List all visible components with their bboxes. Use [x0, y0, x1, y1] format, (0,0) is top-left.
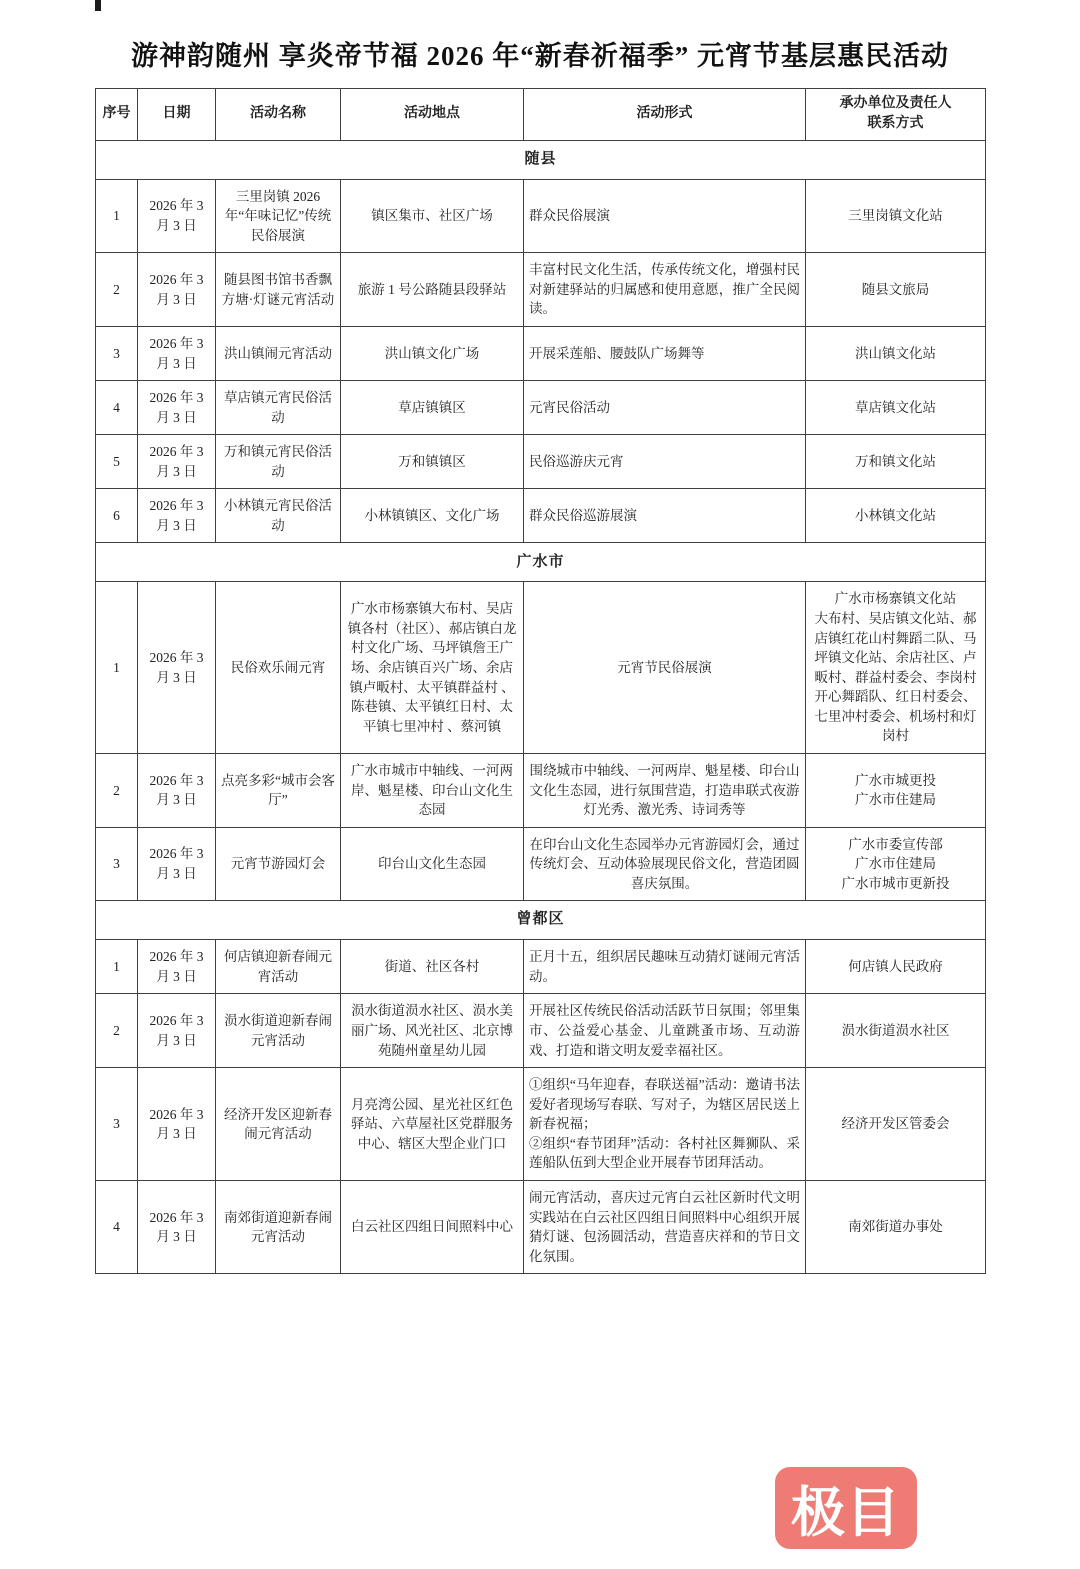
activity-name-cell: 涢水街道迎新春闹元宵活动	[216, 994, 341, 1068]
row-index-cell: 1	[96, 940, 138, 994]
date-cell: 2026 年 3 月 3 日	[138, 994, 216, 1068]
organizer-cell: 随县文旅局	[806, 253, 986, 327]
activity-form-cell: 开展社区传统民俗活动活跃节日氛围；邻里集市、公益爱心基金、儿童跳蚤市场、互动游戏…	[524, 994, 806, 1068]
organizer-cell: 广水市杨寨镇文化站 大布村、吴店镇文化站、郝店镇红花山村舞蹈二队、马坪镇文化站、…	[806, 582, 986, 754]
activity-form-cell: 丰富村民文化生活，传承传统文化，增强村民对新建驿站的归属感和使用意愿，推广全民阅…	[524, 253, 806, 327]
location-cell: 白云社区四组日间照料中心	[341, 1180, 524, 1273]
activity-form-cell: 群众民俗展演	[524, 179, 806, 253]
section-row: 曾都区	[96, 901, 986, 940]
document-page: 游神韵随州 享炎帝节福 2026 年“新春祈福季” 元宵节基层惠民活动 序号 日…	[0, 0, 1080, 1569]
row-index-cell: 1	[96, 179, 138, 253]
activity-name-cell: 南郊街道迎新春闹元宵活动	[216, 1180, 341, 1273]
location-cell: 印台山文化生态园	[341, 827, 524, 901]
date-cell: 2026 年 3 月 3 日	[138, 1068, 216, 1181]
date-cell: 2026 年 3 月 3 日	[138, 582, 216, 754]
activity-form-cell: 民俗巡游庆元宵	[524, 435, 806, 489]
activity-name-cell: 草店镇元宵民俗活动	[216, 381, 341, 435]
table-row: 42026 年 3 月 3 日南郊街道迎新春闹元宵活动白云社区四组日间照料中心闹…	[96, 1180, 986, 1273]
activity-form-cell: 元宵节民俗展演	[524, 582, 806, 754]
activities-table: 序号 日期 活动名称 活动地点 活动形式 承办单位及责任人 联系方式 随县120…	[95, 88, 986, 1274]
activity-name-cell: 三里岗镇 2026 年“年味记忆”传统民俗展演	[216, 179, 341, 253]
activity-name-cell: 随县图书馆书香飘方塘·灯谜元宵活动	[216, 253, 341, 327]
location-cell: 小林镇镇区、文化广场	[341, 489, 524, 543]
activity-form-cell: 群众民俗巡游展演	[524, 489, 806, 543]
row-index-cell: 6	[96, 489, 138, 543]
row-index-cell: 3	[96, 326, 138, 380]
activity-form-cell: 元宵民俗活动	[524, 381, 806, 435]
table-row: 12026 年 3 月 3 日何店镇迎新春闹元宵活动街道、社区各村正月十五，组织…	[96, 940, 986, 994]
location-cell: 草店镇镇区	[341, 381, 524, 435]
location-cell: 镇区集市、社区广场	[341, 179, 524, 253]
table-row: 42026 年 3 月 3 日草店镇元宵民俗活动草店镇镇区元宵民俗活动草店镇文化…	[96, 381, 986, 435]
activity-name-cell: 小林镇元宵民俗活动	[216, 489, 341, 543]
organizer-cell: 洪山镇文化站	[806, 326, 986, 380]
organizer-cell: 南郊街道办事处	[806, 1180, 986, 1273]
date-cell: 2026 年 3 月 3 日	[138, 326, 216, 380]
table-row: 12026 年 3 月 3 日三里岗镇 2026 年“年味记忆”传统民俗展演镇区…	[96, 179, 986, 253]
header-row: 序号 日期 活动名称 活动地点 活动形式 承办单位及责任人 联系方式	[96, 89, 986, 141]
row-index-cell: 2	[96, 753, 138, 827]
column-header-index: 序号	[96, 89, 138, 141]
row-index-cell: 2	[96, 994, 138, 1068]
organizer-cell: 涢水街道涢水社区	[806, 994, 986, 1068]
page-corner-mark	[95, 0, 101, 11]
location-cell: 街道、社区各村	[341, 940, 524, 994]
column-header-date: 日期	[138, 89, 216, 141]
activity-form-cell: 在印台山文化生态园举办元宵游园灯会，通过传统灯会、互动体验展现民俗文化，营造团圆…	[524, 827, 806, 901]
date-cell: 2026 年 3 月 3 日	[138, 940, 216, 994]
section-row: 广水市	[96, 543, 986, 582]
date-cell: 2026 年 3 月 3 日	[138, 381, 216, 435]
table-row: 22026 年 3 月 3 日点亮多彩“城市会客厅”广水市城市中轴线、一河两岸、…	[96, 753, 986, 827]
row-index-cell: 3	[96, 827, 138, 901]
organizer-cell: 何店镇人民政府	[806, 940, 986, 994]
activity-form-cell: ①组织“马年迎春，春联送福”活动：邀请书法爱好者现场写春联、写对子，为辖区居民送…	[524, 1068, 806, 1181]
table-row: 62026 年 3 月 3 日小林镇元宵民俗活动小林镇镇区、文化广场群众民俗巡游…	[96, 489, 986, 543]
table-row: 22026 年 3 月 3 日涢水街道迎新春闹元宵活动涢水街道涢水社区、涢水美丽…	[96, 994, 986, 1068]
activity-form-cell: 围绕城市中轴线、一河两岸、魁星楼、印台山文化生态园，进行氛围营造，打造串联式夜游…	[524, 753, 806, 827]
row-index-cell: 3	[96, 1068, 138, 1181]
section-title: 随县	[96, 140, 986, 179]
organizer-cell: 三里岗镇文化站	[806, 179, 986, 253]
table-body: 随县12026 年 3 月 3 日三里岗镇 2026 年“年味记忆”传统民俗展演…	[96, 140, 986, 1274]
row-index-cell: 4	[96, 1180, 138, 1273]
date-cell: 2026 年 3 月 3 日	[138, 179, 216, 253]
section-title: 广水市	[96, 543, 986, 582]
jimu-news-logo: 极目	[775, 1467, 917, 1549]
table-header: 序号 日期 活动名称 活动地点 活动形式 承办单位及责任人 联系方式	[96, 89, 986, 141]
date-cell: 2026 年 3 月 3 日	[138, 253, 216, 327]
row-index-cell: 4	[96, 381, 138, 435]
date-cell: 2026 年 3 月 3 日	[138, 753, 216, 827]
location-cell: 广水市城市中轴线、一河两岸、魁星楼、印台山文化生态园	[341, 753, 524, 827]
table-row: 32026 年 3 月 3 日经济开发区迎新春闹元宵活动月亮湾公园、星光社区红色…	[96, 1068, 986, 1181]
date-cell: 2026 年 3 月 3 日	[138, 1180, 216, 1273]
activity-name-cell: 经济开发区迎新春闹元宵活动	[216, 1068, 341, 1181]
table-row: 52026 年 3 月 3 日万和镇元宵民俗活动万和镇镇区民俗巡游庆元宵万和镇文…	[96, 435, 986, 489]
activity-form-cell: 开展采莲船、腰鼓队广场舞等	[524, 326, 806, 380]
page-title: 游神韵随州 享炎帝节福 2026 年“新春祈福季” 元宵节基层惠民活动	[0, 34, 1080, 73]
activity-name-cell: 何店镇迎新春闹元宵活动	[216, 940, 341, 994]
column-header-form: 活动形式	[524, 89, 806, 141]
location-cell: 旅游 1 号公路随县段驿站	[341, 253, 524, 327]
location-cell: 月亮湾公园、星光社区红色驿站、六草屋社区党群服务中心、辖区大型企业门口	[341, 1068, 524, 1181]
activity-form-cell: 闹元宵活动，喜庆过元宵白云社区新时代文明实践站在白云社区四组日间照料中心组织开展…	[524, 1180, 806, 1273]
location-cell: 涢水街道涢水社区、涢水美丽广场、风光社区、北京博苑随州童星幼儿园	[341, 994, 524, 1068]
row-index-cell: 2	[96, 253, 138, 327]
location-cell: 洪山镇文化广场	[341, 326, 524, 380]
table-row: 22026 年 3 月 3 日随县图书馆书香飘方塘·灯谜元宵活动旅游 1 号公路…	[96, 253, 986, 327]
date-cell: 2026 年 3 月 3 日	[138, 827, 216, 901]
location-cell: 万和镇镇区	[341, 435, 524, 489]
table-row: 32026 年 3 月 3 日洪山镇闹元宵活动洪山镇文化广场开展采莲船、腰鼓队广…	[96, 326, 986, 380]
table-row: 32026 年 3 月 3 日元宵节游园灯会印台山文化生态园在印台山文化生态园举…	[96, 827, 986, 901]
row-index-cell: 1	[96, 582, 138, 754]
organizer-cell: 草店镇文化站	[806, 381, 986, 435]
activity-form-cell: 正月十五，组织居民趣味互动猜灯谜闹元宵活动。	[524, 940, 806, 994]
column-header-location: 活动地点	[341, 89, 524, 141]
organizer-cell: 广水市委宣传部 广水市住建局 广水市城市更新投	[806, 827, 986, 901]
row-index-cell: 5	[96, 435, 138, 489]
location-cell: 广水市杨寨镇大布村、吴店镇各村（社区）、郝店镇白龙村文化广场、马坪镇詹王广场、余…	[341, 582, 524, 754]
table-row: 12026 年 3 月 3 日民俗欢乐闹元宵广水市杨寨镇大布村、吴店镇各村（社区…	[96, 582, 986, 754]
date-cell: 2026 年 3 月 3 日	[138, 489, 216, 543]
date-cell: 2026 年 3 月 3 日	[138, 435, 216, 489]
column-header-name: 活动名称	[216, 89, 341, 141]
activity-name-cell: 万和镇元宵民俗活动	[216, 435, 341, 489]
activity-name-cell: 民俗欢乐闹元宵	[216, 582, 341, 754]
activity-name-cell: 元宵节游园灯会	[216, 827, 341, 901]
activity-name-cell: 点亮多彩“城市会客厅”	[216, 753, 341, 827]
activity-name-cell: 洪山镇闹元宵活动	[216, 326, 341, 380]
organizer-cell: 万和镇文化站	[806, 435, 986, 489]
organizer-cell: 经济开发区管委会	[806, 1068, 986, 1181]
organizer-cell: 广水市城更投 广水市住建局	[806, 753, 986, 827]
section-row: 随县	[96, 140, 986, 179]
column-header-organizer: 承办单位及责任人 联系方式	[806, 89, 986, 141]
organizer-cell: 小林镇文化站	[806, 489, 986, 543]
section-title: 曾都区	[96, 901, 986, 940]
